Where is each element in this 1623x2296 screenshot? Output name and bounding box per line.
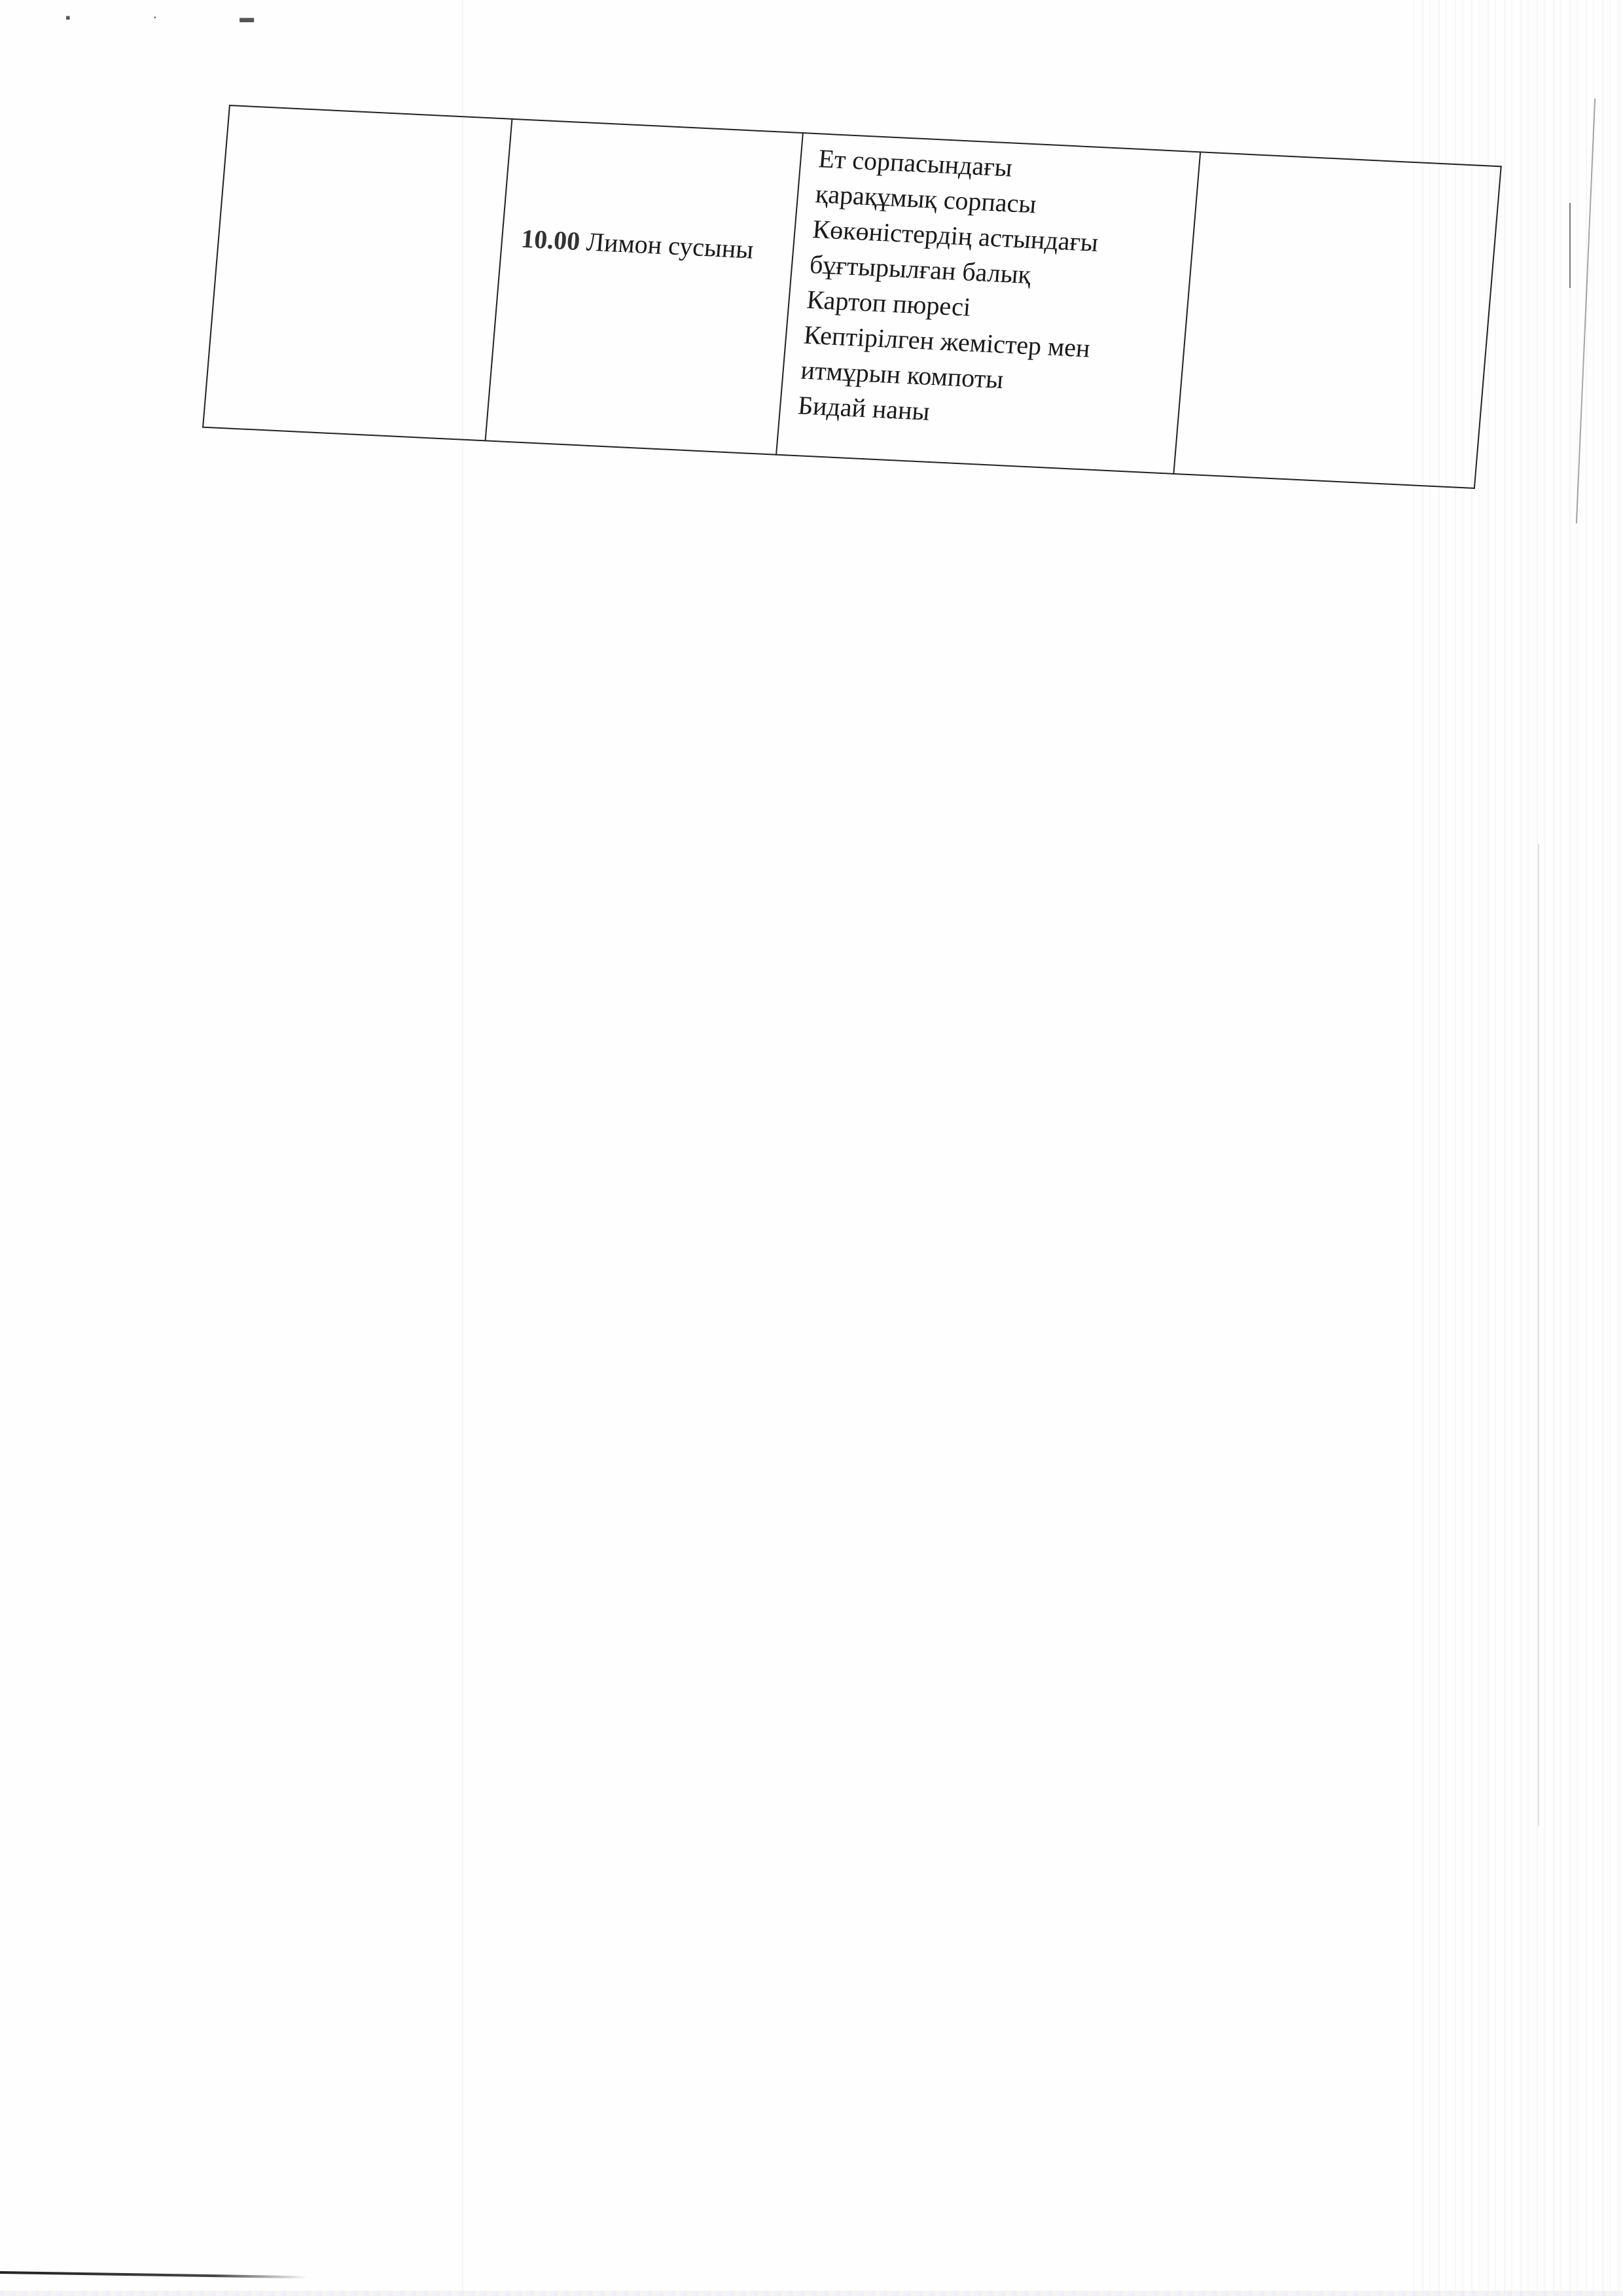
table-cell-empty <box>1173 152 1501 488</box>
table-cell-snack: 10.00 Лимон сусыны <box>486 119 803 455</box>
table-row: 10.00 Лимон сусыны Ет сорпасындағы қарақ… <box>203 105 1501 488</box>
menu-table: 10.00 Лимон сусыны Ет сорпасындағы қарақ… <box>202 105 1502 489</box>
menu-table-container: 10.00 Лимон сусыны Ет сорпасындағы қарақ… <box>202 105 1501 489</box>
snack-item: Лимон сусыны <box>585 227 755 264</box>
scan-specks: ▪ · ▬ <box>65 9 293 26</box>
scan-bottom-band <box>0 2291 1623 2296</box>
scanner-streak <box>1538 844 1539 1826</box>
table-cell-lunch: Ет сорпасындағы қарақұмық сорпасы Көкөні… <box>776 133 1200 474</box>
snack-time: 10.00 <box>520 224 581 256</box>
scan-edge-shadow <box>0 2271 308 2278</box>
table-cell-day <box>203 105 512 440</box>
scanned-page: ▪ · ▬ 10.00 Лимон сусыны Ет сорпасындағы… <box>0 0 1623 2296</box>
scanner-streak <box>1569 203 1571 288</box>
